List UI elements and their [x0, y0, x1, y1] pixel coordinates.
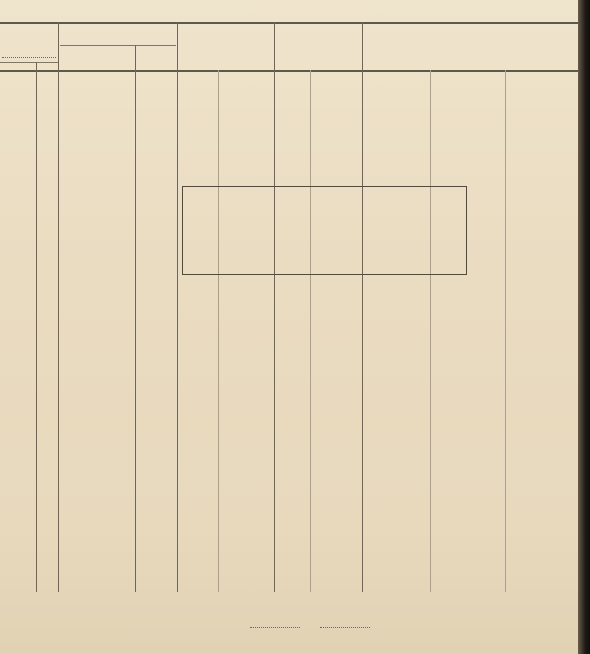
hours-dotted-line [250, 627, 300, 628]
aircraft-subheader-line [60, 45, 176, 46]
guide-line [218, 70, 219, 592]
book-binding-shadow [578, 0, 590, 654]
guide-line [310, 70, 311, 592]
guide-line [505, 70, 506, 592]
top-border [0, 22, 580, 24]
col-line-date-type [58, 22, 59, 592]
header-bottom-line [0, 70, 580, 72]
col-line-pilot-second [274, 22, 275, 592]
summary-box [182, 186, 467, 275]
minutes-dotted-line [320, 627, 370, 628]
logbook-page [0, 0, 580, 654]
month-date-line [0, 62, 58, 63]
col-line-type-no [135, 45, 136, 592]
col-line-second-duty [362, 22, 363, 592]
guide-line [430, 70, 431, 592]
col-line-month-date [36, 62, 37, 592]
col-line-no-pilot [177, 22, 178, 592]
year-dotted-line [2, 57, 56, 58]
